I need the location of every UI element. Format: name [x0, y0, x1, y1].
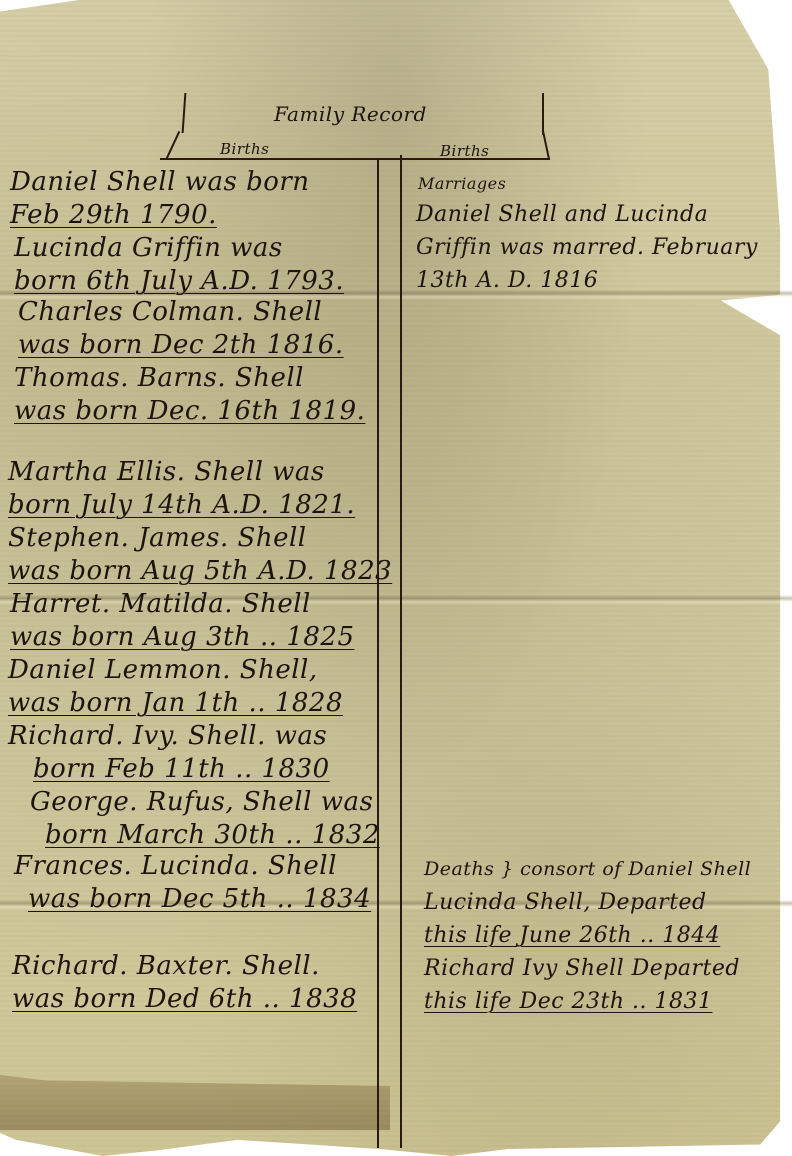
- birth-entry: Daniel Shell was born Feb 29th 1790.: [10, 166, 310, 232]
- marriage-entry: Daniel Shell and Lucinda Griffin was mar…: [416, 198, 758, 297]
- birth-entry: Stephen. James. Shell was born Aug 5th A…: [8, 522, 392, 588]
- birth-entry: George. Rufus, Shell was born March 30th…: [30, 786, 380, 852]
- header-baseline: [160, 158, 550, 160]
- birth-entry: Charles Colman. Shell was born Dec 2th 1…: [18, 296, 344, 362]
- birth-entry: Frances. Lucinda. Shell was born Dec 5th…: [14, 850, 371, 916]
- column-divider-left: [377, 158, 379, 1148]
- birth-entry: Richard. Baxter. Shell. was born Ded 6th…: [12, 950, 357, 1016]
- birth-entry: Thomas. Barns. Shell was born Dec. 16th …: [14, 362, 365, 428]
- header-bracket-right-top: [542, 93, 544, 135]
- deaths-label: Deaths } consort of Daniel Shell: [424, 853, 751, 886]
- deaths-entry: Deaths } consort of Daniel Shell Lucinda…: [424, 853, 751, 1018]
- birth-entry: Lucinda Griffin was born 6th July A.D. 1…: [14, 232, 344, 298]
- birth-entry: Martha Ellis. Shell was born July 14th A…: [8, 456, 355, 522]
- document-title: Family Record: [274, 102, 427, 126]
- left-column-header: Births: [220, 140, 269, 158]
- birth-entry: Harret. Matilda. Shell was born Aug 3th …: [10, 588, 355, 654]
- birth-entry: Richard. Ivy. Shell. was born Feb 11th .…: [8, 720, 330, 786]
- marriages-label: Marriages: [418, 174, 506, 193]
- right-column-header: Births: [440, 142, 489, 160]
- birth-entry: Daniel Lemmon. Shell, was born Jan 1th .…: [8, 654, 343, 720]
- column-divider-right: [400, 155, 402, 1148]
